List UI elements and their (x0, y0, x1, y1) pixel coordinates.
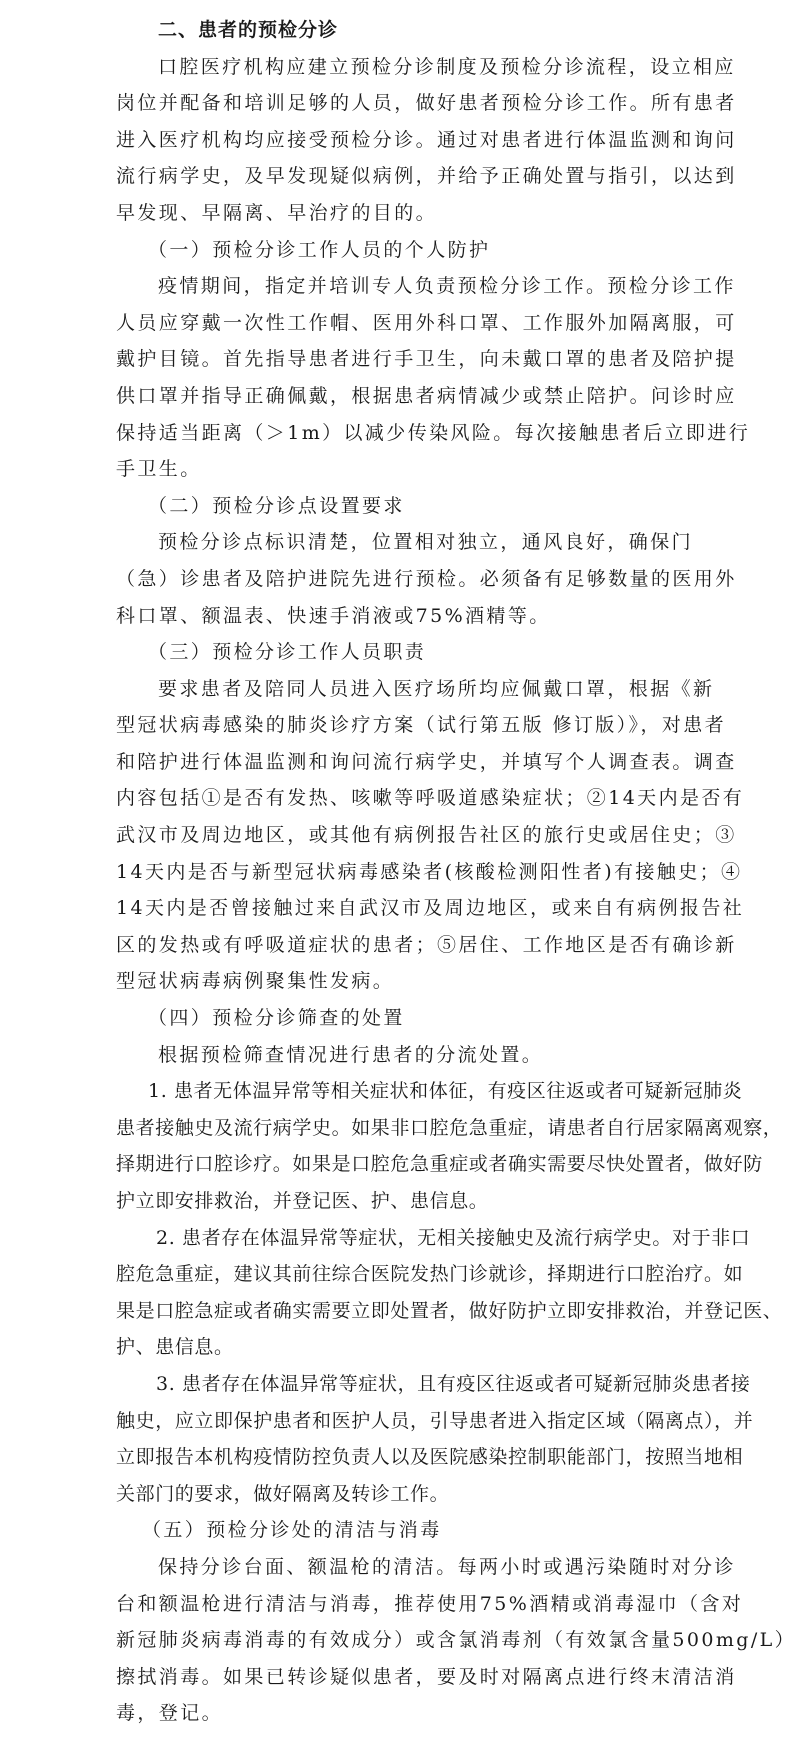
text-line: （急）诊患者及陪护进院先进行预检。必须备有足够数量的医用外 (116, 561, 668, 598)
text-line: 人员应穿戴一次性工作帽、医用外科口罩、工作服外加隔离服，可 (116, 305, 668, 342)
text-line: 科口罩、额温表、快速手消液或75%酒精等。 (116, 598, 668, 635)
text-line: 供口罩并指导正确佩戴，根据患者病情减少或禁止陪护。问诊时应 (116, 378, 668, 415)
text-line: 岗位并配备和培训足够的人员，做好患者预检分诊工作。所有患者 (116, 85, 668, 122)
text-line: 台和额温枪进行清洁与消毒，推荐使用75%酒精或消毒湿巾（含对 (116, 1586, 668, 1623)
subsection-3-paragraph: 要求患者及陪同人员进入医疗场所均应佩戴口罩，根据《新 型冠状病毒感染的肺炎诊疗方… (116, 671, 668, 1000)
text-line: 要求患者及陪同人员进入医疗场所均应佩戴口罩，根据《新 (116, 671, 668, 708)
intro-paragraph: 口腔医疗机构应建立预检分诊制度及预检分诊流程，设立相应 岗位并配备和培训足够的人… (116, 49, 668, 232)
document-body: 二、患者的预检分诊 口腔医疗机构应建立预检分诊制度及预检分诊流程，设立相应 岗位… (116, 12, 668, 1732)
subsection-title-2: （二）预检分诊点设置要求 (116, 488, 668, 525)
text-line: 预检分诊点标识清楚，位置相对独立，通风良好，确保门 (116, 524, 668, 561)
text-line: 武汉市及周边地区，或其他有病例报告社区的旅行史或居住史；③ (116, 817, 668, 854)
text-line: 护立即安排救治，并登记医、护、患信息。 (116, 1183, 668, 1220)
section-title: 二、患者的预检分诊 (116, 12, 668, 49)
text-line: 腔危急重症，建议其前往综合医院发热门诊就诊，择期进行口腔治疗。如 (116, 1256, 668, 1293)
text-line: 立即报告本机构疫情防控负责人以及医院感染控制职能部门，按照当地相 (116, 1439, 668, 1476)
text-line: 1. 患者无体温异常等相关症状和体征，有疫区往返或者可疑新冠肺炎 (116, 1073, 668, 1110)
text-line: 毒，登记。 (116, 1695, 668, 1732)
text-line: 擦拭消毒。如果已转诊疑似患者，要及时对隔离点进行终末清洁消 (116, 1659, 668, 1696)
text-line: 新冠肺炎病毒消毒的有效成分）或含氯消毒剂（有效氯含量500mg/L） (116, 1622, 668, 1659)
list-item-3: 3. 患者存在体温异常等症状，且有疫区往返或者可疑新冠肺炎患者接 触史，应立即保… (116, 1366, 668, 1512)
text-line: 口腔医疗机构应建立预检分诊制度及预检分诊流程，设立相应 (116, 49, 668, 86)
text-line: 2. 患者存在体温异常等症状，无相关接触史及流行病学史。对于非口 (116, 1220, 668, 1257)
text-line: 型冠状病毒病例聚集性发病。 (116, 963, 668, 1000)
text-line: 手卫生。 (116, 451, 668, 488)
text-line: 和陪护进行体温监测和询问流行病学史，并填写个人调查表。调查 (116, 744, 668, 781)
text-line: 进入医疗机构均应接受预检分诊。通过对患者进行体温监测和询问 (116, 122, 668, 159)
text-line: 保持分诊台面、额温枪的清洁。每两小时或遇污染随时对分诊 (116, 1549, 668, 1586)
subsection-4-intro: 根据预检筛查情况进行患者的分流处置。 (116, 1037, 668, 1074)
text-line: 疫情期间，指定并培训专人负责预检分诊工作。预检分诊工作 (116, 268, 668, 305)
subsection-2-paragraph: 预检分诊点标识清楚，位置相对独立，通风良好，确保门 （急）诊患者及陪护进院先进行… (116, 524, 668, 634)
text-line: 患者接触史及流行病学史。如果非口腔危急重症，请患者自行居家隔离观察， (116, 1110, 668, 1147)
text-line: 戴护目镜。首先指导患者进行手卫生，向未戴口罩的患者及陪护提 (116, 341, 668, 378)
text-line: 关部门的要求，做好隔离及转诊工作。 (116, 1476, 668, 1513)
text-line: 保持适当距离（＞1m）以减少传染风险。每次接触患者后立即进行 (116, 415, 668, 452)
subsection-title-4: （四）预检分诊筛查的处置 (116, 1000, 668, 1037)
text-line: 流行病学史，及早发现疑似病例，并给予正确处置与指引，以达到 (116, 158, 668, 195)
subsection-title-3: （三）预检分诊工作人员职责 (116, 634, 668, 671)
text-line: 护、患信息。 (116, 1329, 668, 1366)
text-line: 14天内是否曾接触过来自武汉市及周边地区，或来自有病例报告社 (116, 890, 668, 927)
text-line: 区的发热或有呼吸道症状的患者；⑤居住、工作地区是否有确诊新 (116, 927, 668, 964)
text-line: 内容包括①是否有发热、咳嗽等呼吸道感染症状；②14天内是否有 (116, 780, 668, 817)
text-line: 果是口腔急症或者确实需要立即处置者，做好防护立即安排救治，并登记医、 (116, 1293, 668, 1330)
text-line: 3. 患者存在体温异常等症状，且有疫区往返或者可疑新冠肺炎患者接 (116, 1366, 668, 1403)
subsection-1-paragraph: 疫情期间，指定并培训专人负责预检分诊工作。预检分诊工作 人员应穿戴一次性工作帽、… (116, 268, 668, 488)
text-line: 14天内是否与新型冠状病毒感染者(核酸检测阳性者)有接触史；④ (116, 854, 668, 891)
subsection-5-paragraph: 保持分诊台面、额温枪的清洁。每两小时或遇污染随时对分诊 台和额温枪进行清洁与消毒… (116, 1549, 668, 1732)
list-item-1: 1. 患者无体温异常等相关症状和体征，有疫区往返或者可疑新冠肺炎 患者接触史及流… (116, 1073, 668, 1219)
text-line: 早发现、早隔离、早治疗的目的。 (116, 195, 668, 232)
text-line: 择期进行口腔诊疗。如果是口腔危急重症或者确实需要尽快处置者，做好防 (116, 1146, 668, 1183)
subsection-title-5: （五）预检分诊处的清洁与消毒 (116, 1512, 668, 1549)
text-line: 触史，应立即保护患者和医护人员，引导患者进入指定区域（隔离点），并 (116, 1403, 668, 1440)
subsection-title-1: （一）预检分诊工作人员的个人防护 (116, 232, 668, 269)
text-line: 型冠状病毒感染的肺炎诊疗方案（试行第五版 修订版）》，对患者 (116, 707, 668, 744)
list-item-2: 2. 患者存在体温异常等症状，无相关接触史及流行病学史。对于非口 腔危急重症，建… (116, 1220, 668, 1366)
